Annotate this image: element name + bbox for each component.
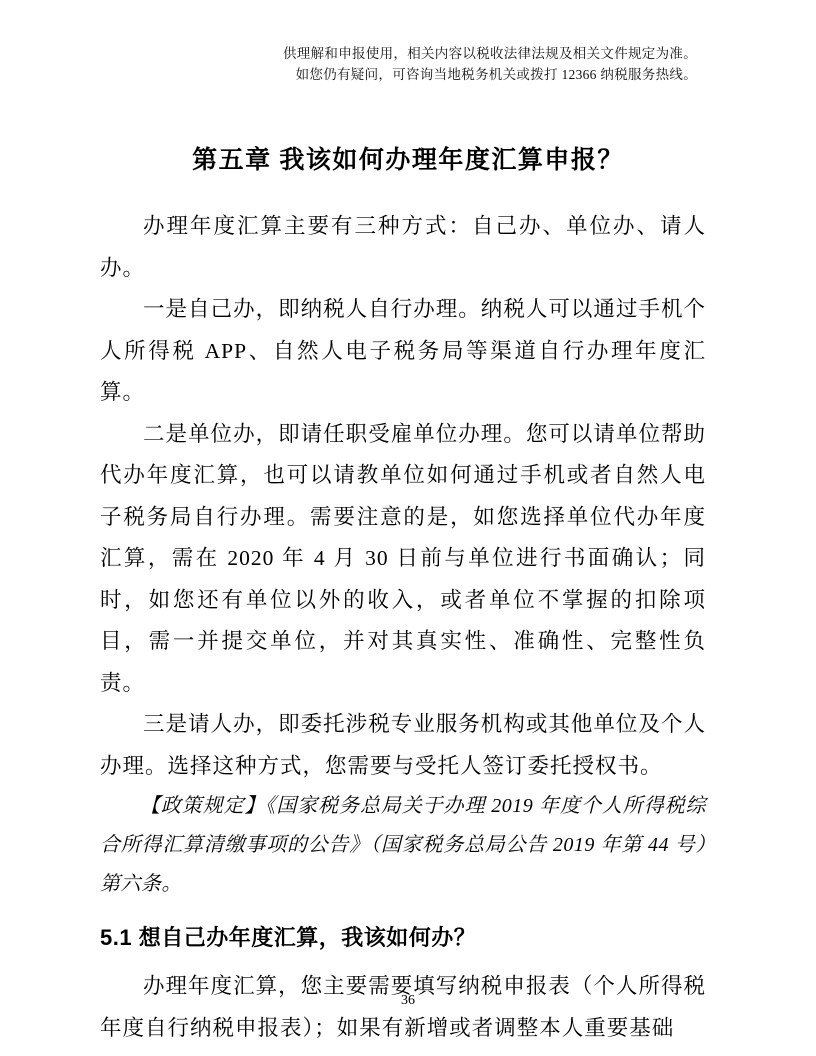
- header-note-line1: 供理解和申报使用，相关内容以税收法律法规及相关文件规定为准。: [283, 44, 697, 65]
- header-note-line2: 如您仍有疑问，可咨询当地税务机关或拨打 12366 纳税服务热线。: [283, 65, 697, 86]
- body-content: 办理年度汇算主要有三种方式：自己办、单位办、请人办。 一是自己办，即纳税人自行办…: [100, 206, 706, 1049]
- policy-reference-note: 【政策规定】《国家税务总局关于办理 2019 年度个人所得税综合所得汇算清缴事项…: [100, 787, 706, 904]
- document-page: 供理解和申报使用，相关内容以税收法律法规及相关文件规定为准。 如您仍有疑问，可咨…: [0, 0, 816, 1056]
- paragraph-employer-handle: 二是单位办，即请任职受雇单位办理。您可以请单位帮助代办年度汇算，也可以请教单位如…: [100, 414, 706, 705]
- page-header-note: 供理解和申报使用，相关内容以税收法律法规及相关文件规定为准。 如您仍有疑问，可咨…: [283, 44, 697, 85]
- page-number: 36: [0, 991, 816, 1011]
- paragraph-agent-handle: 三是请人办，即委托涉税专业服务机构或其他单位及个人办理。选择这种方式，您需要与受…: [100, 704, 706, 787]
- paragraph-self-handle: 一是自己办，即纳税人自行办理。纳税人可以通过手机个人所得税 APP、自然人电子税…: [100, 289, 706, 414]
- chapter-title: 第五章 我该如何办理年度汇算申报？: [0, 142, 816, 180]
- paragraph-overview: 办理年度汇算主要有三种方式：自己办、单位办、请人办。: [100, 206, 706, 289]
- section-heading-5-1: 5.1 想自己办年度汇算，我该如何办？: [100, 918, 706, 958]
